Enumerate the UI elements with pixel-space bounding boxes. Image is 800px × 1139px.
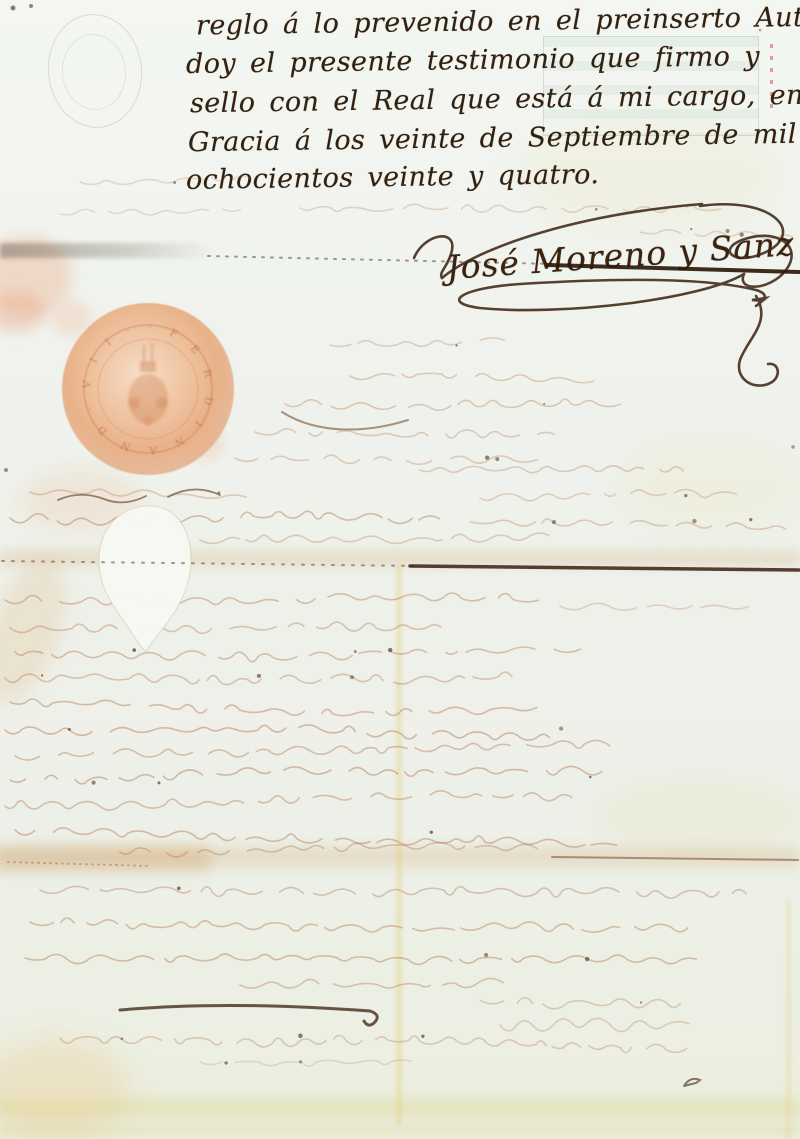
bleedthrough-squiggle [200, 1060, 411, 1066]
bleedthrough-squiggle [15, 647, 580, 662]
handwriting-line-5: ochocientos veinte y quatro. [186, 159, 600, 196]
bottom-scrawl [120, 1005, 377, 1025]
bleedthrough-squiggle [300, 204, 721, 212]
ink-speck [68, 728, 71, 731]
handwriting-line-4: Gracia á los veinte de Septiembre de mil [188, 119, 797, 158]
royal-wax-seal: ·FERDINAND·VII· [62, 303, 234, 475]
stain [0, 292, 46, 332]
ink-speck [132, 648, 136, 652]
bleedthrough-squiggle [60, 1035, 687, 1052]
bleedthrough-squiggle [480, 998, 680, 1009]
bleedthrough-squiggle [30, 489, 246, 498]
seal-coat-of-arms [128, 343, 168, 426]
ink-speck [173, 181, 176, 184]
bleedthrough-squiggle [60, 209, 240, 215]
stain [0, 1040, 130, 1139]
bleedthrough-squiggle [10, 699, 537, 716]
ink-speck [585, 957, 589, 961]
vertical-fold [786, 900, 791, 1139]
ink-marks [58, 412, 700, 1086]
ink-speck [388, 648, 392, 652]
ink-speck [92, 781, 96, 785]
ink-speck [552, 520, 556, 524]
bleedthrough-squiggle [25, 954, 696, 964]
seal-detail: ·FERDINAND·VII· [62, 303, 234, 475]
ink-speck [121, 1037, 124, 1040]
ink-speck [455, 344, 457, 346]
bottom-checkmark [684, 1079, 700, 1086]
ink-speck [640, 1001, 642, 1003]
bleedthrough-squiggle [30, 918, 688, 932]
ink-speck [224, 1061, 227, 1064]
ink-speck [257, 674, 261, 678]
bleedthrough-squiggle [5, 593, 549, 605]
ink-speck [485, 456, 489, 460]
bleedthrough-squiggle [200, 533, 549, 543]
ink-speck [589, 776, 592, 779]
crease-smudge [0, 243, 215, 258]
bleedthrough-squiggle [560, 603, 762, 610]
bleedthrough-squiggle [235, 455, 537, 464]
bleedthrough-squiggle [285, 399, 636, 410]
stain [0, 549, 84, 714]
ink-speck [421, 1035, 424, 1038]
ink-speck [595, 208, 598, 211]
ink-speck [484, 953, 488, 957]
bleedthrough-squiggle [5, 672, 512, 685]
ink-speck [177, 887, 181, 891]
bleedthrough-squiggle [350, 373, 594, 382]
ink-speck [495, 457, 499, 461]
bleedthrough-squiggle [500, 1018, 698, 1031]
bleedthrough-squiggle [330, 338, 522, 347]
scanned-document-page: ·FERDINAND·VII· reglo á lo prevenido en … [0, 0, 800, 1139]
ink-speck [41, 674, 43, 676]
bleedthrough-squiggle [10, 511, 440, 525]
ink-speck [298, 1034, 303, 1039]
vertical-fold [396, 565, 402, 1125]
teardrop-void [99, 506, 191, 652]
bleedthrough-squiggle [240, 978, 503, 988]
fold-band-bottom [0, 1126, 800, 1134]
bleedthrough-squiggle [10, 766, 614, 783]
ink-speck [684, 494, 687, 497]
ink-speck [350, 675, 354, 679]
signature-name: José Moreno y Sanz [445, 224, 796, 287]
crease-band-lower-left [0, 846, 210, 872]
crease-band-mid [0, 550, 800, 566]
stain [600, 780, 800, 850]
stain [620, 440, 800, 530]
bleedthrough-squiggle [15, 740, 610, 760]
bleedthrough-squiggle [5, 725, 566, 740]
bleedthrough-squiggle [480, 489, 755, 500]
bleedthrough-squiggle [420, 466, 698, 473]
ink-speck [692, 519, 696, 523]
stain [20, 470, 140, 530]
ink-speck [354, 650, 357, 653]
ink-speck [559, 727, 563, 731]
ink-speck [430, 831, 433, 834]
ink-speck [543, 403, 545, 405]
bleedthrough-squiggle [470, 519, 786, 529]
bleedthrough-squiggle [15, 828, 636, 847]
ink-speck [158, 781, 161, 784]
bleedthrough-squiggle [255, 429, 570, 438]
bleedthrough-squiggle [10, 622, 441, 633]
ink-speck [749, 518, 752, 521]
bleedthrough-squiggle [5, 791, 572, 810]
ink-speck [299, 1060, 302, 1063]
ink-speck [217, 491, 220, 494]
